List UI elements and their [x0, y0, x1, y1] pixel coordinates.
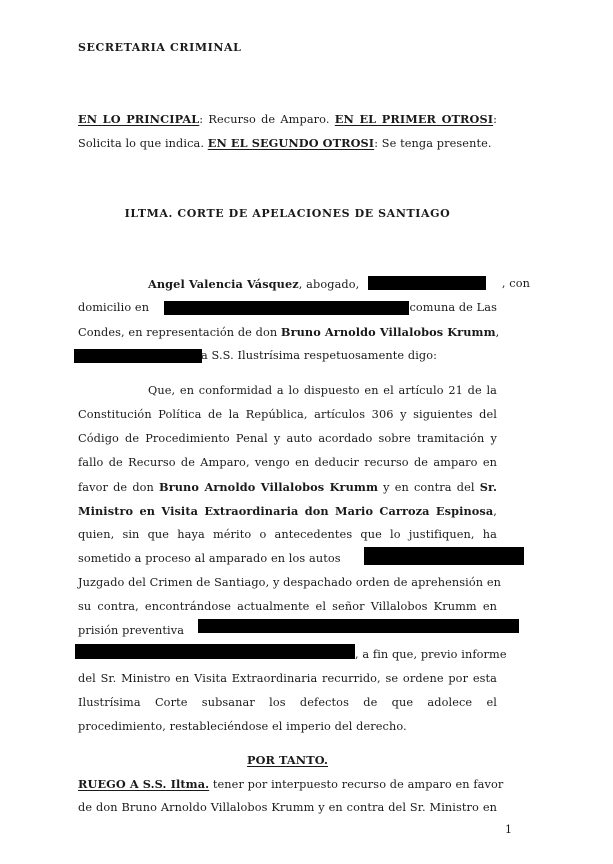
minister-name: Ministro en Visita Extraordinaria don Ma… [78, 504, 493, 518]
body-l5-sr: Sr. [480, 480, 497, 494]
body-line-6: Ministro en Visita Extraordinaria don Ma… [78, 503, 497, 520]
body-line-7: quien, sin que haya mérito o antecedente… [78, 527, 497, 543]
summary-line-2: Solicita lo que indica. EN EL SEGUNDO OT… [78, 135, 497, 152]
body-line-3: Código de Procedimiento Penal y auto aco… [78, 431, 497, 447]
body-l6-end: , [493, 505, 497, 518]
lawyer-name: Angel Valencia Vásquez [148, 277, 299, 291]
principal-text: : Recurso de Amparo. [199, 113, 334, 126]
por-tanto-text: POR TANTO. [247, 753, 328, 767]
intro-l1-text: , abogado, [299, 278, 360, 291]
body-line-5: favor de don Bruno Arnoldo Villalobos Kr… [78, 479, 497, 496]
redaction-box [198, 619, 519, 633]
body-l5-mid: y en contra del [378, 481, 480, 494]
principal-label: EN LO PRINCIPAL [78, 112, 199, 126]
body-line-4: fallo de Recurso de Amparo, vengo en ded… [78, 455, 497, 471]
body-line-15: procedimiento, restableciéndose el imper… [78, 719, 497, 735]
ruego-line-1: RUEGO A S.S. Iltma. tener por interpuest… [78, 776, 497, 793]
ruego-label: RUEGO A S.S. Iltma. [78, 777, 209, 791]
redaction-box [74, 349, 202, 363]
court-title: ILTMA. CORTE DE APELACIONES DE SANTIAGO [78, 206, 497, 222]
otrosi2-label: EN EL SEGUNDO OTROSI [208, 136, 374, 150]
body-line-2: Constitución Política de la República, a… [78, 407, 497, 423]
client-name-2: Bruno Arnoldo Villalobos Krumm [159, 480, 378, 494]
header-secretaria: SECRETARIA CRIMINAL [78, 40, 497, 56]
body-line-14: Ilustrísima Corte subsanar los defectos … [78, 695, 497, 711]
ruego-l1-text: tener por interpuesto recurso de amparo … [209, 778, 503, 791]
body-line-13: del Sr. Ministro en Visita Extraordinari… [78, 671, 497, 687]
redaction-box [164, 301, 409, 315]
intro-l3-end: , [496, 326, 500, 339]
client-name: Bruno Arnoldo Villalobos Krumm [281, 325, 496, 339]
intro-line-2-end: comuna de Las [400, 300, 497, 316]
body-line-10: su contra, encontrándose actualmente el … [78, 599, 497, 615]
otrosi1-label: EN EL PRIMER OTROSI [335, 112, 493, 126]
intro-line-4: a S.S. Ilustrísima respetuosamente digo: [201, 348, 501, 364]
por-tanto-heading: POR TANTO. [78, 752, 497, 769]
page-number: 1 [505, 823, 512, 836]
body-line-1: Que, en conformidad a lo dispuesto en el… [78, 383, 497, 399]
redaction-box [75, 644, 355, 659]
intro-l3-text: Condes, en representación de don [78, 326, 281, 339]
redaction-box [364, 547, 524, 565]
body-line-12: , a fin que, previo informe [355, 647, 497, 663]
document-page: SECRETARIA CRIMINAL EN LO PRINCIPAL: Rec… [0, 0, 613, 864]
ruego-line-2: de don Bruno Arnoldo Villalobos Krumm y … [78, 800, 497, 816]
body-line-9: Juzgado del Crimen de Santiago, y despac… [78, 575, 497, 591]
body-l5-start: favor de don [78, 481, 159, 494]
otrosi1-text: Solicita lo que indica. [78, 137, 208, 150]
otrosi2-text: : Se tenga presente. [374, 137, 491, 150]
intro-l1-end: , con [490, 276, 530, 292]
summary-line-1: EN LO PRINCIPAL: Recurso de Amparo. EN E… [78, 111, 497, 128]
intro-line-3: Condes, en representación de don Bruno A… [78, 324, 497, 341]
redaction-box [368, 276, 486, 290]
otrosi1-colon: : [493, 113, 497, 126]
